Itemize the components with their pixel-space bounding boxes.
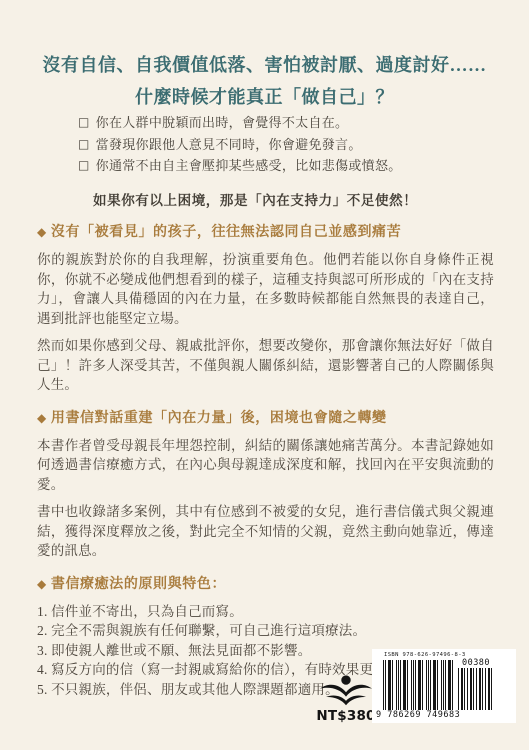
price-label: NT$380 xyxy=(316,708,376,724)
isbn-label: ISBN 978-626-97496-8-3 xyxy=(384,652,466,658)
diamond-bullet-icon: ◆ xyxy=(37,577,47,591)
diamond-bullet-icon: ◆ xyxy=(37,225,47,239)
open-book-reader-logo-icon xyxy=(317,674,375,707)
principle-item: 1. 信件並不寄出，只為自己而寫。 xyxy=(37,602,494,622)
check-list-item: □ 當發現你跟他人意見不同時，你會避免發言。 xyxy=(78,134,402,156)
check-list-item: □ 你在人群中脫穎而出時，會覺得不太自在。 xyxy=(78,112,402,134)
conclusion-line: 如果你有以上困境，那是「內在支持力」不足使然！ xyxy=(93,189,417,209)
ean-digits: 9 786269 749683 xyxy=(376,710,462,720)
section-heading-text: 書信療癒法的原則與特色： xyxy=(51,577,226,592)
barcode-addon-label: 00380 xyxy=(458,658,494,668)
paragraph: 你的親族對於你的自我理解，扮演重要角色。他們若能以你自身條件正視你，你就不必變成… xyxy=(37,250,494,328)
blurb-content: ◆沒有「被看見」的孩子，往往無法認同自己並感到痛苦 你的親族對於你的自我理解，扮… xyxy=(37,221,494,699)
checkbox-icon: □ xyxy=(78,155,90,177)
section-heading-text: 沒有「被看見」的孩子，往往無法認同自己並感到痛苦 xyxy=(51,225,401,240)
checkbox-icon: □ xyxy=(78,112,90,134)
publisher-block: NT$380 xyxy=(316,674,376,724)
paragraph: 書中也收錄諸多案例，其中有位感到不被愛的女兒，進行書信儀式與父親連結，獲得深度釋… xyxy=(37,502,494,561)
check-item-text: 當發現你跟他人意見不同時，你會避免發言。 xyxy=(96,134,362,156)
check-list-item: □ 你通常不由自主會壓抑某些感受，比如悲傷或憤怒。 xyxy=(78,155,402,177)
section-letter-dialogue: ◆用書信對話重建「內在力量」後，困境也會隨之轉變 本書作者曾受母親長年埋怨控制，… xyxy=(37,407,494,561)
headline-line1: 沒有自信、自我價值低落、害怕被討厭、過度討好…… xyxy=(0,49,529,81)
check-item-text: 你通常不由自主會壓抑某些感受，比如悲傷或憤怒。 xyxy=(96,155,402,177)
section-heading: ◆用書信對話重建「內在力量」後，困境也會隨之轉變 xyxy=(37,407,494,430)
ean13-barcode xyxy=(383,660,453,710)
section-heading-text: 用書信對話重建「內在力量」後，困境也會隨之轉變 xyxy=(51,411,387,426)
section-heading: ◆書信療癒法的原則與特色： xyxy=(37,573,494,596)
check-item-text: 你在人群中脫穎而出時，會覺得不太自在。 xyxy=(96,112,349,134)
checkbox-icon: □ xyxy=(78,134,90,156)
section-heading: ◆沒有「被看見」的孩子，往往無法認同自己並感到痛苦 xyxy=(37,221,494,244)
addon-barcode xyxy=(458,668,494,710)
paragraph: 然而如果你感到父母、親戚批評你，想要改變你，那會讓你無法好好「做自己」！許多人深… xyxy=(37,336,494,395)
book-back-cover: 沒有自信、自我價值低落、害怕被討厭、過度討好…… 什麼時候才能真正「做自己」？ … xyxy=(0,0,529,750)
barcode-panel: ISBN 978-626-97496-8-3 9 786269 749683 0… xyxy=(372,649,516,723)
section-not-seen-child: ◆沒有「被看見」的孩子，往往無法認同自己並感到痛苦 你的親族對於你的自我理解，扮… xyxy=(37,221,494,395)
principle-item: 2. 完全不需與親族有任何聯繫，可自己進行這項療法。 xyxy=(37,621,494,641)
self-check-list: □ 你在人群中脫穎而出時，會覺得不太自在。 □ 當發現你跟他人意見不同時，你會避… xyxy=(78,112,402,177)
headline-line2: 什麼時候才能真正「做自己」？ xyxy=(0,81,529,113)
headline: 沒有自信、自我價值低落、害怕被討厭、過度討好…… 什麼時候才能真正「做自己」？ xyxy=(0,49,529,113)
paragraph: 本書作者曾受母親長年埋怨控制，糾結的關係讓她痛苦萬分。本書記錄她如何透過書信療癒… xyxy=(37,436,494,495)
diamond-bullet-icon: ◆ xyxy=(37,411,47,425)
